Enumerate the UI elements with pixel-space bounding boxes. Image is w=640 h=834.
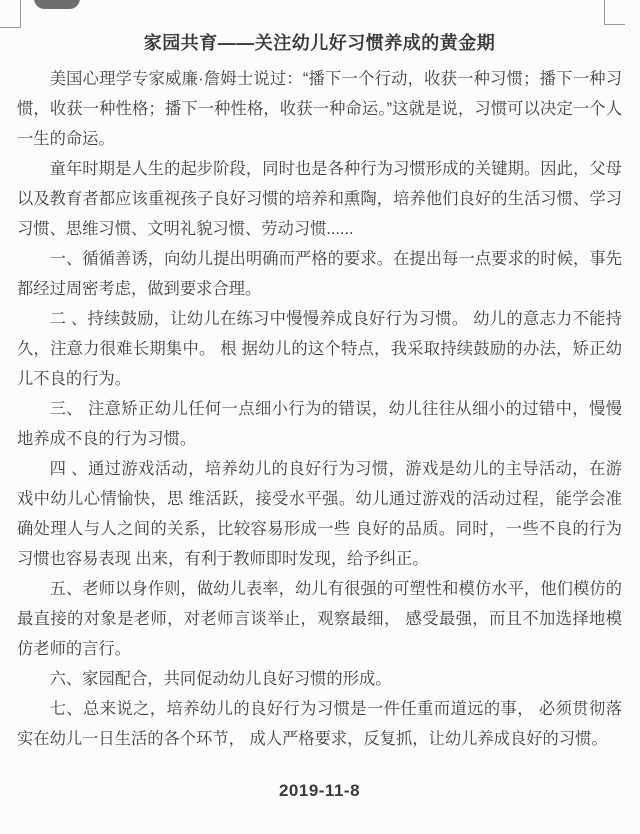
paragraph-point-4: 四 、通过游戏活动，培养幼儿的良好行为习惯，游戏是幼儿的主导活动，在游戏中幼儿心…: [17, 454, 622, 574]
document-page: 家园共育——关注幼儿好习惯养成的黄金期 美国心理学专家威廉·詹姆士说过：“播下一…: [0, 0, 640, 834]
paragraph-point-2: 二 、持续鼓励，让幼儿在练习中慢慢养成良好行为习惯。 幼儿的意志力不能持久，注意…: [17, 304, 622, 394]
clipped-rounded-shape-icon: [34, 0, 80, 9]
paragraph-intro-quote: 美国心理学专家威廉·詹姆士说过：“播下一个行动，收获一种习惯；播下一种习惯，收获…: [17, 64, 622, 154]
paragraph-point-7: 七、总来说之，培养幼儿的良好行为习惯是一件任重而道远的事， 必须贯彻落实在幼儿一…: [17, 694, 622, 754]
paragraph-point-1: 一、循循善诱，向幼儿提出明确而严格的要求。在提出每一点要求的时候，事先都经过周密…: [17, 244, 622, 304]
paragraph-childhood-keyperiod: 童年时期是人生的起步阶段，同时也是各种行为习惯形成的关键期。因此，父母以及教育者…: [17, 154, 622, 244]
document-date: 2019-11-8: [17, 781, 622, 801]
paragraph-point-3: 三、 注意矫正幼儿任何一点细小行为的错误，幼儿往往从细小的过错中，慢慢地养成不良…: [17, 394, 622, 454]
document-title: 家园共育——关注幼儿好习惯养成的黄金期: [17, 30, 622, 57]
paragraph-point-5: 五、老师以身作则，做幼儿表率，幼儿有很强的可塑性和模仿水平，他们模仿的最直接的对…: [17, 574, 622, 664]
paragraph-point-6: 六、家园配合，共同促动幼儿良好习惯的形成。: [17, 664, 622, 694]
document-body: 美国心理学专家威廉·詹姆士说过：“播下一个行动，收获一种习惯；播下一种习惯，收获…: [17, 64, 622, 754]
page-corner-mark-left: [0, 0, 21, 28]
page-corner-mark-right: [604, 0, 625, 25]
